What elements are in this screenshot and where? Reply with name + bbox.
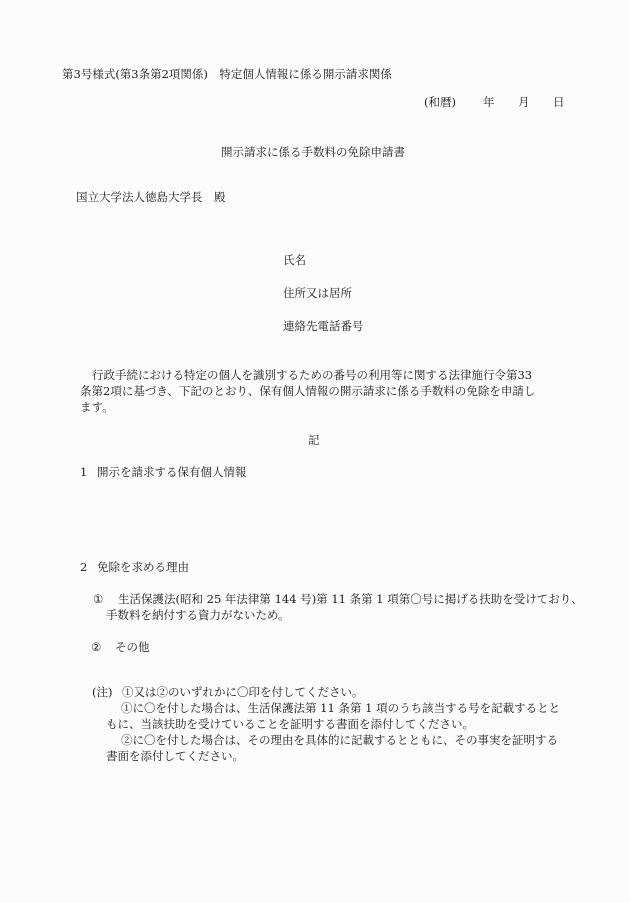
applicant-address-label: 住所又は居所 <box>283 286 352 301</box>
option-2-label: その他 <box>115 640 150 655</box>
applicant-name-label: 氏名 <box>283 253 306 268</box>
date-era: (和暦) <box>424 95 456 110</box>
note-line: 書面を添付してください。 <box>106 749 244 764</box>
section-1-number: 1 <box>80 465 87 480</box>
option-1-line: 生活保護法(昭和 25 年法律第 144 号)第 11 条第 1 項第〇号に掲げ… <box>118 592 583 607</box>
note-line: ②に〇を付した場合は、その理由を具体的に記載するとともに、その事実を証明する <box>121 733 558 748</box>
option-2-mark: ② <box>91 640 101 655</box>
note-line: ①に〇を付した場合は、生活保護法第 11 条第 1 項のうち該当する号を記載する… <box>121 701 560 716</box>
note-line: ①又は②のいずれかに〇印を付してください。 <box>122 685 364 700</box>
ki-heading: 記 <box>308 433 320 448</box>
body-line: ます。 <box>80 400 114 415</box>
option-1-mark: ① <box>93 592 103 607</box>
addressee: 国立大学法人徳島大学長 殿 <box>76 190 226 205</box>
date-year: 年 <box>483 95 495 110</box>
body-line: 条第2項に基づき、下記のとおり、保有個人情報の開示請求に係る手数料の免除を申請し <box>80 384 535 399</box>
body-line: 行政手続における特定の個人を識別するための番号の利用等に関する法律施行令第33 <box>92 368 532 383</box>
section-2-label: 免除を求める理由 <box>97 560 189 575</box>
date-day: 日 <box>553 95 565 110</box>
form-label: 第3号様式(第3条第2項関係) 特定個人情報に係る開示請求関係 <box>62 67 392 82</box>
applicant-phone-label: 連絡先電話番号 <box>283 319 364 334</box>
option-1-line: 手数料を納付する資力がないため。 <box>106 608 290 623</box>
date-month: 月 <box>518 95 530 110</box>
document-title: 開示請求に係る手数料の免除申請書 <box>221 145 405 160</box>
notes-prefix: (注) <box>92 685 112 700</box>
section-1-label: 開示を請求する保有個人情報 <box>97 465 247 480</box>
section-2-number: 2 <box>80 560 87 575</box>
note-line: もに、当該扶助を受けていることを証明する書面を添付してください。 <box>106 717 474 732</box>
